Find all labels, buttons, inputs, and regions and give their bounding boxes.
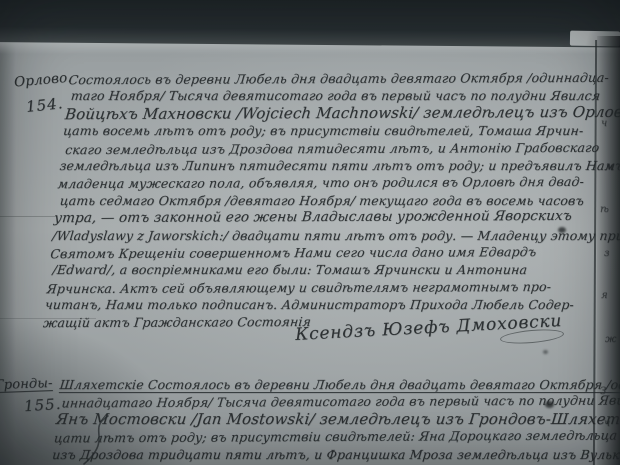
paper-crease	[0, 216, 56, 217]
ink-blot	[543, 350, 548, 354]
photo-dark-background	[0, 0, 620, 48]
record-line: скаго земледѣльца изъ Дроздова пятидесят…	[64, 138, 607, 158]
record-154: Состоялось въ деревни Любель дня двадцат…	[42, 70, 614, 331]
record-line: цати лѣтъ отъ роду; въ присутствіи свидѣ…	[53, 427, 600, 447]
record-155: Шляхетскіе Состоялось въ деревни Любель …	[51, 376, 605, 463]
record-line: Ярчинска. Актъ сей объявляющему и свидѣт…	[46, 277, 593, 297]
record-line: цать восемь лѣтъ отъ роду; въ присутстві…	[62, 122, 609, 139]
record-line: Янъ Мостовски /Jan Mostowski/ земледѣлец…	[55, 411, 602, 428]
torn-edge-text-fragment: ѣ	[600, 204, 609, 215]
record-line: земледѣльца изъ Липинъ пятидесяти пяти л…	[59, 157, 606, 174]
record-line: Войцѣхъ Махновски /Wojciech Machnowski/ …	[64, 104, 611, 124]
record-line: младенца мужескаго пола, объявляя, что о…	[57, 173, 604, 193]
record-line: /Wladyslawy z Jaworskich:/ двадцати пяти…	[51, 227, 598, 244]
record-line: Шляхетскіе Состоялось въ деревни Любель …	[59, 376, 606, 393]
record-line: иннадцатаго Ноября/ Тысяча девятисотаго …	[61, 392, 604, 412]
record-line: Святомъ Крещеніи совершенномъ Нами сего …	[50, 243, 597, 263]
torn-edge-text-fragment: ж	[605, 334, 617, 345]
record-line: читанъ, Нами только подписанъ. Администр…	[44, 296, 591, 313]
record-line: цать седмаго Октября /девятаго Ноября/ т…	[59, 192, 602, 209]
record-line: /Edward/, а воспріемниками его были: Том…	[52, 261, 595, 278]
torn-edge-text-fragment: я	[601, 290, 608, 301]
ink-flourish	[74, 414, 118, 465]
manuscript-photo: Орлово. 154. Состоялось въ деревни Любел…	[0, 0, 620, 465]
record-line: утра, — отъ законной его жены Владыславы…	[53, 208, 600, 228]
record-line: Состоялось въ деревни Любель дня двадцат…	[68, 69, 615, 89]
margin-place-label: Гронды-	[0, 376, 53, 393]
torn-edge-text-fragment: з	[604, 248, 610, 259]
record-line: изъ Дроздова тридцати пяти лѣтъ, и Франц…	[51, 446, 598, 463]
